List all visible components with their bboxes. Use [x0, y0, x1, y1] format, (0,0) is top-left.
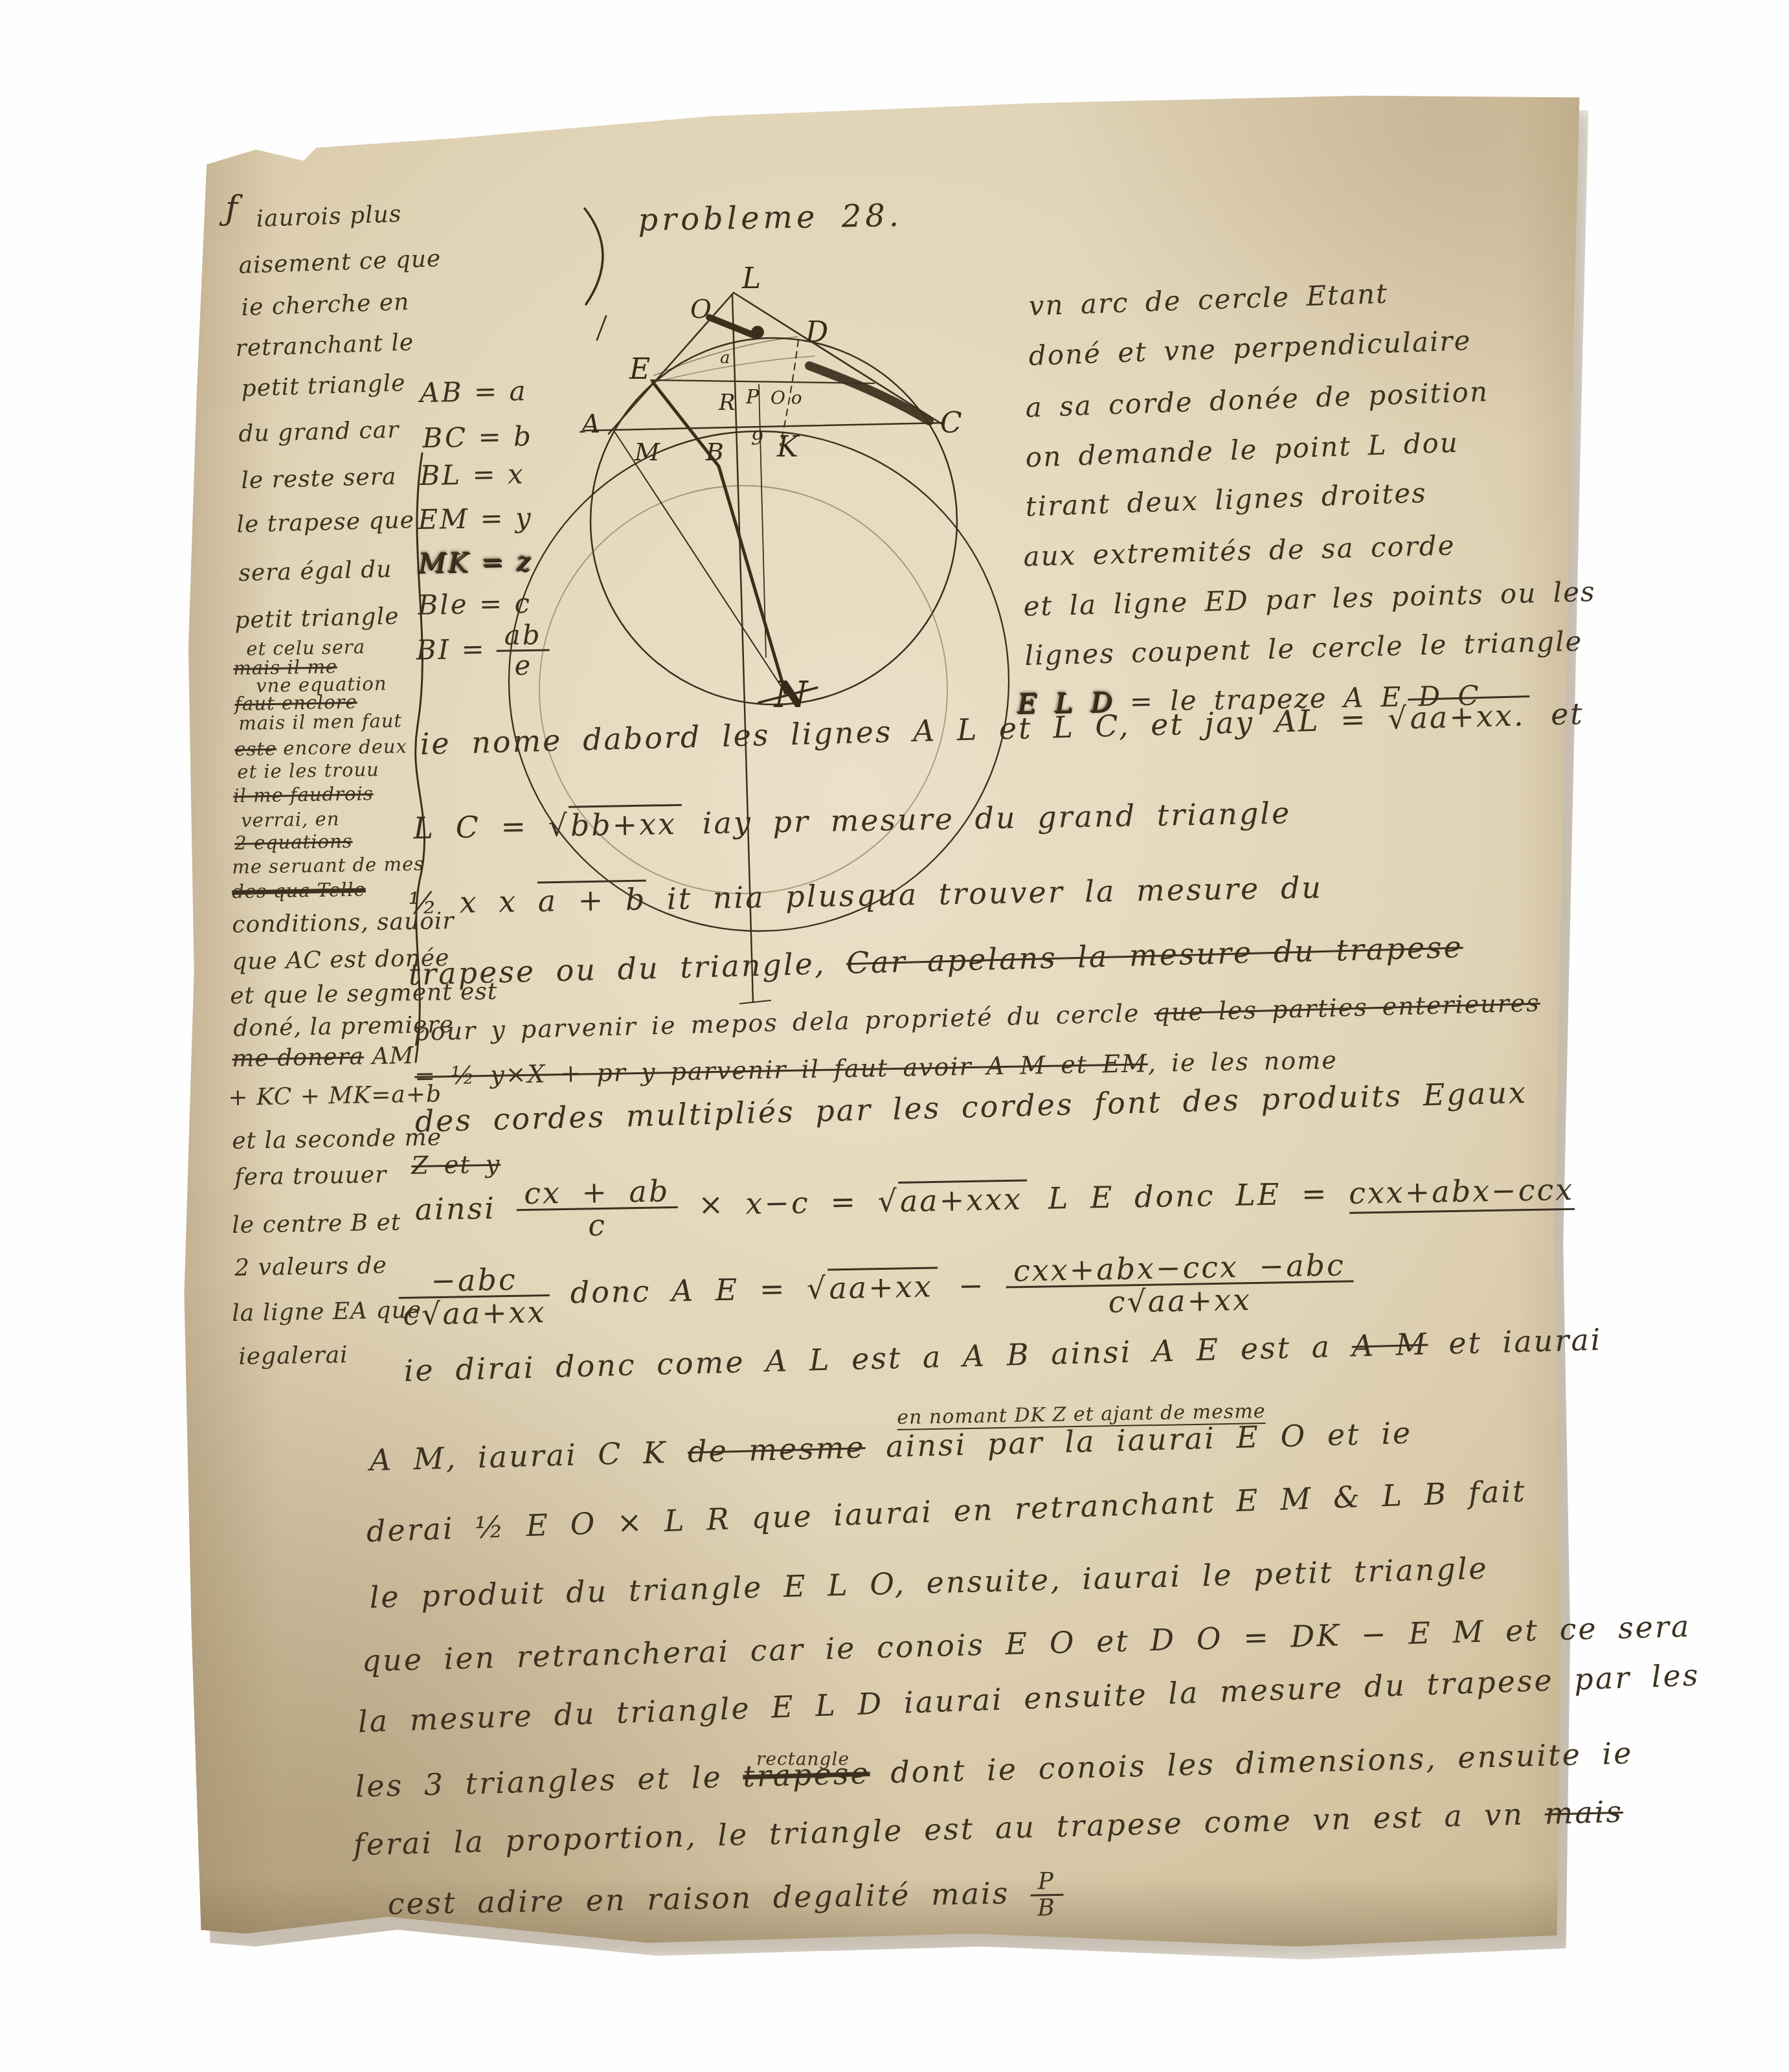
- margin-note: me seruant de mes: [232, 853, 424, 878]
- definition-AB: AB = a: [420, 375, 528, 409]
- margin-note: 2 valeurs de: [234, 1252, 387, 1281]
- margin-note-struck: 2 equations: [234, 830, 353, 854]
- definition-BI: BI = abe: [416, 620, 550, 682]
- margin-paragraph-mark: ƒ: [225, 189, 238, 228]
- margin-note: + KC + MK=a+b: [228, 1081, 442, 1111]
- margin-note: et ie les trouu: [237, 758, 379, 783]
- diagram-label-P: P: [746, 386, 759, 409]
- diagram-label-K: K: [777, 431, 798, 464]
- margin-note: sera égal du: [238, 556, 392, 587]
- margin-note: la ligne EA que: [232, 1297, 422, 1327]
- definition-EM: EM = y: [418, 502, 533, 535]
- diagram-label-A: A: [581, 409, 600, 439]
- margin-note: mais il men faut: [238, 710, 402, 734]
- diagram-label-a: a: [720, 348, 730, 368]
- margin-note: le reste sera: [241, 464, 397, 494]
- margin-note: iegalerai: [238, 1342, 348, 1370]
- diagram-label-E: E: [629, 353, 650, 386]
- margin-note: petit triangle: [234, 603, 399, 634]
- diagram-label-B: B: [706, 438, 724, 466]
- diagram-label-L: L: [742, 262, 761, 295]
- diagram-label-N: N: [774, 673, 807, 716]
- diagram-label-O: O: [690, 295, 712, 324]
- diagram-label-9: 9: [751, 427, 763, 450]
- margin-note: este encore deux: [234, 735, 407, 760]
- definition-BE: Ble = c: [418, 587, 532, 621]
- definition-MK: MK = z: [418, 545, 532, 579]
- diagram-label-M: M: [635, 438, 660, 466]
- margin-note-struck: des qua Telle: [232, 878, 366, 903]
- margin-note: le trapese que: [236, 507, 414, 538]
- definition-BC: BC = b: [422, 420, 533, 454]
- margin-note: et la seconde me: [232, 1124, 442, 1154]
- body-line-8: Z et y: [411, 1150, 501, 1180]
- margin-note-struck: il me faudrois: [233, 782, 374, 807]
- manuscript-photo: probleme 28. ƒ iaurois plus aisement ce …: [0, 0, 1789, 2072]
- margin-note: fera trouuer: [234, 1162, 387, 1191]
- margin-note: verrai, en: [241, 807, 340, 831]
- diagram-label-C: C: [940, 407, 962, 440]
- diagram-label-D: D: [805, 316, 828, 349]
- margin-note: le centre B et: [232, 1209, 401, 1239]
- diagram-label-Oo: O o: [771, 387, 802, 409]
- margin-note: du grand car: [238, 417, 399, 447]
- definition-BL: BL = x: [420, 458, 525, 491]
- diagram-label-R: R: [719, 390, 736, 416]
- margin-note: iaurois plus: [256, 201, 402, 232]
- margin-note: me donera AM: [232, 1042, 414, 1072]
- page-title: probleme 28.: [638, 197, 903, 238]
